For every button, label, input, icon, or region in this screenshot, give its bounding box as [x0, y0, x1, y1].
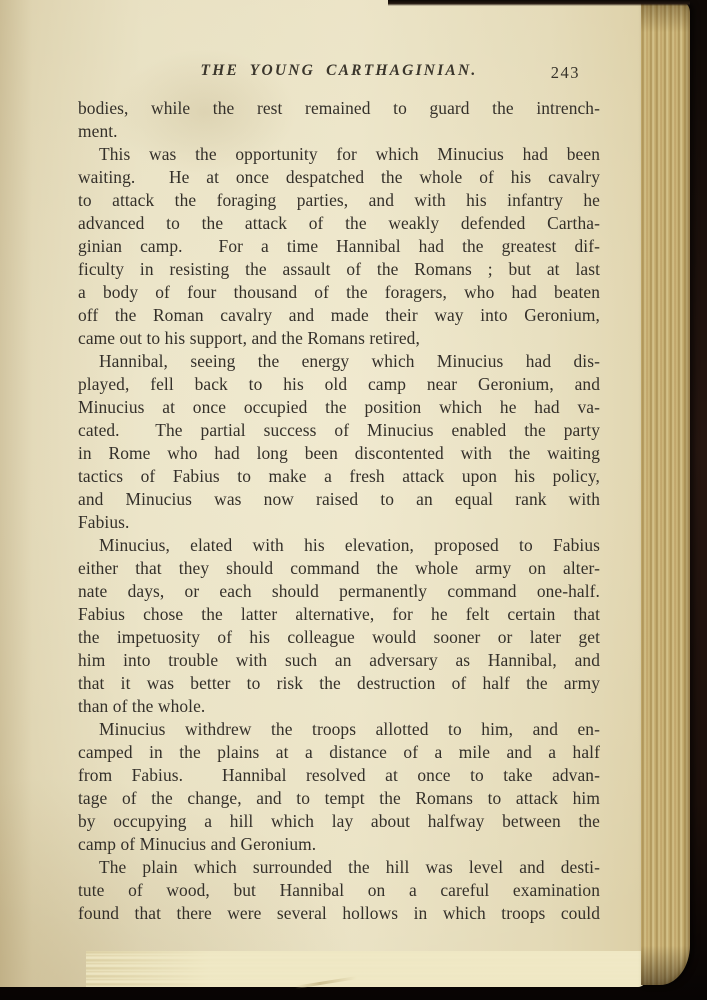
text-line: Minucius at once occupied the position w… — [78, 396, 600, 419]
paragraph: Minucius, elated with his elevation, pro… — [78, 534, 600, 718]
text-line: ficulty in resisting the assault of the … — [78, 258, 600, 281]
paragraph: Minucius withdrew the troops allotted to… — [78, 718, 600, 856]
paragraph: This was the opportunity for which Minuc… — [78, 143, 600, 350]
running-head: THE YOUNG CARTHAGINIAN. 243 — [78, 62, 600, 88]
text-line: him into trouble with such an adversary … — [78, 649, 600, 672]
page-body: bodies, while the rest remained to guard… — [78, 97, 600, 925]
page-number: 243 — [551, 63, 580, 83]
text-line: tactics of Fabius to make a fresh attack… — [78, 465, 600, 488]
text-line: Fabius. — [78, 511, 600, 534]
page-title: THE YOUNG CARTHAGINIAN. — [78, 62, 600, 80]
text-line: waiting. He at once despatched the whole… — [78, 166, 600, 189]
text-line: bodies, while the rest remained to guard… — [78, 97, 600, 120]
text-line: ment. — [78, 120, 600, 143]
book-page: THE YOUNG CARTHAGINIAN. 243 bodies, whil… — [0, 0, 646, 987]
text-line: that it was better to risk the destructi… — [78, 672, 600, 695]
text-line: off the Roman cavalry and made their way… — [78, 304, 600, 327]
text-line: Hannibal, seeing the energy which Minuci… — [78, 350, 600, 373]
text-line: Fabius chose the latter alternative, for… — [78, 603, 600, 626]
page-fore-edge — [641, 3, 690, 985]
text-line: from Fabius. Hannibal resolved at once t… — [78, 764, 600, 787]
paragraph: The plain which surrounded the hill was … — [78, 856, 600, 925]
text-line: the impetuosity of his colleague would s… — [78, 626, 600, 649]
text-line: Minucius, elated with his elevation, pro… — [78, 534, 600, 557]
text-line: than of the whole. — [78, 695, 600, 718]
text-line: a body of four thousand of the foragers,… — [78, 281, 600, 304]
text-line: nate days, or each should permanently co… — [78, 580, 600, 603]
text-line: played, fell back to his old camp near G… — [78, 373, 600, 396]
text-line: tute of wood, but Hannibal on a careful … — [78, 879, 600, 902]
text-line: in Rome who had long been discontented w… — [78, 442, 600, 465]
text-line: Minucius withdrew the troops allotted to… — [78, 718, 600, 741]
text-line: camp of Minucius and Geronium. — [78, 833, 600, 856]
text-line: came out to his support, and the Romans … — [78, 327, 600, 350]
text-line: either that they should command the whol… — [78, 557, 600, 580]
text-line: ginian camp. For a time Hannibal had the… — [78, 235, 600, 258]
book-photo: THE YOUNG CARTHAGINIAN. 243 bodies, whil… — [0, 0, 707, 1000]
text-line: and Minucius was now raised to an equal … — [78, 488, 600, 511]
text-line: camped in the plains at a distance of a … — [78, 741, 600, 764]
text-line: The plain which surrounded the hill was … — [78, 856, 600, 879]
text-line: by occupying a hill which lay about half… — [78, 810, 600, 833]
text-line: This was the opportunity for which Minuc… — [78, 143, 600, 166]
bottom-page-edges — [86, 951, 646, 987]
text-line: tage of the change, and to tempt the Rom… — [78, 787, 600, 810]
text-line: advanced to the attack of the weakly def… — [78, 212, 600, 235]
paragraph: bodies, while the rest remained to guard… — [78, 97, 600, 143]
text-line: found that there were several hollows in… — [78, 902, 600, 925]
text-line: cated. The partial success of Minucius e… — [78, 419, 600, 442]
text-line: to attack the foraging parties, and with… — [78, 189, 600, 212]
top-edge-shadow — [388, 0, 690, 6]
paragraph: Hannibal, seeing the energy which Minuci… — [78, 350, 600, 534]
